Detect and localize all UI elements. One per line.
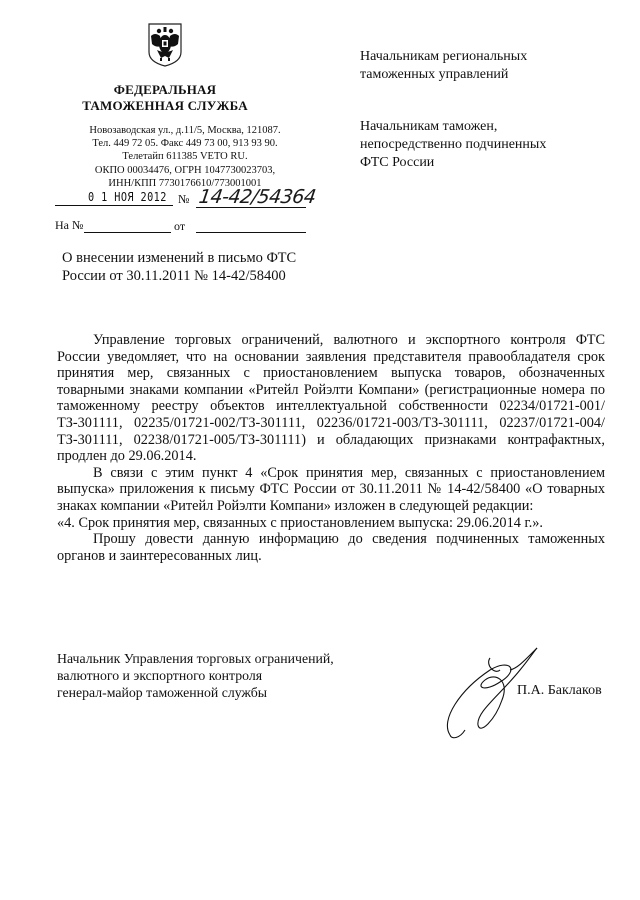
outgoing-date-stamp: 0 1 НОЯ 2012 [88, 190, 167, 204]
body-paragraph-4: Прошу довести данную информацию до сведе… [57, 531, 605, 564]
organization-name: ФЕДЕРАЛЬНАЯ ТАМОЖЕННАЯ СЛУЖБА [60, 82, 270, 114]
reference-number-line [84, 232, 171, 233]
phone-fax: Тел. 449 72 05. Факс 449 73 00, 913 93 9… [55, 137, 315, 150]
teletype: Телетайп 611385 VETO RU. [55, 150, 315, 163]
organization-contacts: Новозаводская ул., д.11/5, Москва, 12108… [55, 124, 315, 190]
reference-date-line [196, 232, 306, 233]
recipient-line: Начальникам таможен, [360, 118, 620, 136]
signatory-title-line1: Начальник Управления торговых ограничени… [57, 650, 397, 667]
recipient-line: ФТС России [360, 154, 620, 172]
signatory-name: П.А. Баклаков [517, 683, 602, 699]
recipient-line: непосредственно подчиненных [360, 136, 620, 154]
recipient-group-1: Начальникам региональных таможенных упра… [360, 48, 620, 84]
outgoing-number: 14-42/54364 [197, 186, 317, 208]
org-name-line1: ФЕДЕРАЛЬНАЯ [60, 82, 270, 98]
address: Новозаводская ул., д.11/5, Москва, 12108… [55, 124, 315, 137]
signatory-title-line3: генерал-майор таможенной службы [57, 684, 397, 701]
date-underline [55, 205, 173, 206]
recipient-line: Начальникам региональных [360, 48, 620, 66]
org-name-line2: ТАМОЖЕННАЯ СЛУЖБА [60, 98, 270, 114]
body-paragraph-3: «4. Срок принятия мер, связанных с приос… [57, 515, 605, 532]
recipient-line: таможенных управлений [360, 66, 620, 84]
number-label: № [178, 192, 189, 207]
reference-number-label: На № [55, 218, 83, 233]
letter-body: Управление торговых ограничений, валютно… [57, 332, 605, 564]
signatory-title-line2: валютного и экспортного контроля [57, 667, 397, 684]
body-paragraph-1: Управление торговых ограничений, валютно… [57, 332, 605, 465]
subject-line1: О внесении изменений в письмо ФТС [62, 249, 342, 267]
body-paragraph-2: В связи с этим пункт 4 «Срок принятия ме… [57, 465, 605, 515]
okpo-ogrn: ОКПО 00034476, ОГРН 1047730023703, [55, 164, 315, 177]
subject-line2: России от 30.11.2011 № 14-42/58400 [62, 267, 342, 285]
signatory-title: Начальник Управления торговых ограничени… [57, 650, 397, 701]
reference-date-label: от [174, 219, 185, 234]
recipient-group-2: Начальникам таможен, непосредственно под… [360, 118, 620, 172]
russian-coat-of-arms-icon [147, 22, 183, 68]
letter-subject: О внесении изменений в письмо ФТС России… [62, 249, 342, 285]
